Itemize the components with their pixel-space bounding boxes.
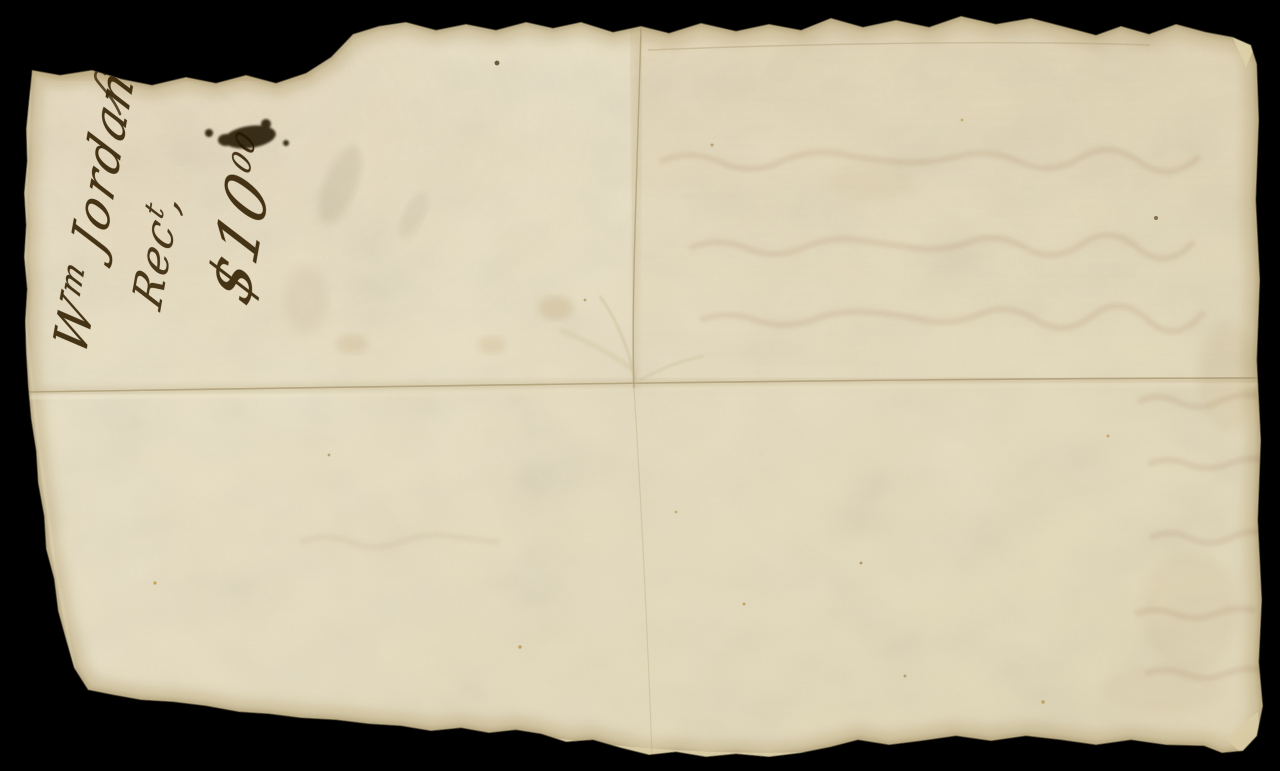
- stain: [538, 296, 574, 320]
- ink-blot-droplet: [205, 129, 213, 137]
- speck: [904, 675, 907, 678]
- ink-blot-droplet: [283, 140, 289, 146]
- speck: [675, 511, 678, 514]
- speck: [495, 61, 500, 66]
- speck: [584, 299, 587, 302]
- speck: [328, 454, 331, 457]
- speck: [1107, 435, 1110, 438]
- stain: [336, 334, 368, 354]
- speck: [743, 603, 746, 606]
- smudge: [284, 266, 328, 334]
- ink-blot-lobe: [218, 134, 234, 146]
- speck: [153, 581, 156, 584]
- stain: [1198, 323, 1258, 433]
- ink-blot-droplet: [261, 119, 271, 129]
- stain: [826, 164, 914, 200]
- speck: [1041, 700, 1045, 704]
- speck: [961, 119, 964, 122]
- speck: [711, 144, 714, 147]
- speck: [1154, 216, 1158, 220]
- speck: [860, 562, 863, 565]
- speck: [518, 645, 522, 649]
- scanned-document: Wm Jordan Rect, $1000: [0, 0, 1280, 771]
- stain: [478, 336, 506, 354]
